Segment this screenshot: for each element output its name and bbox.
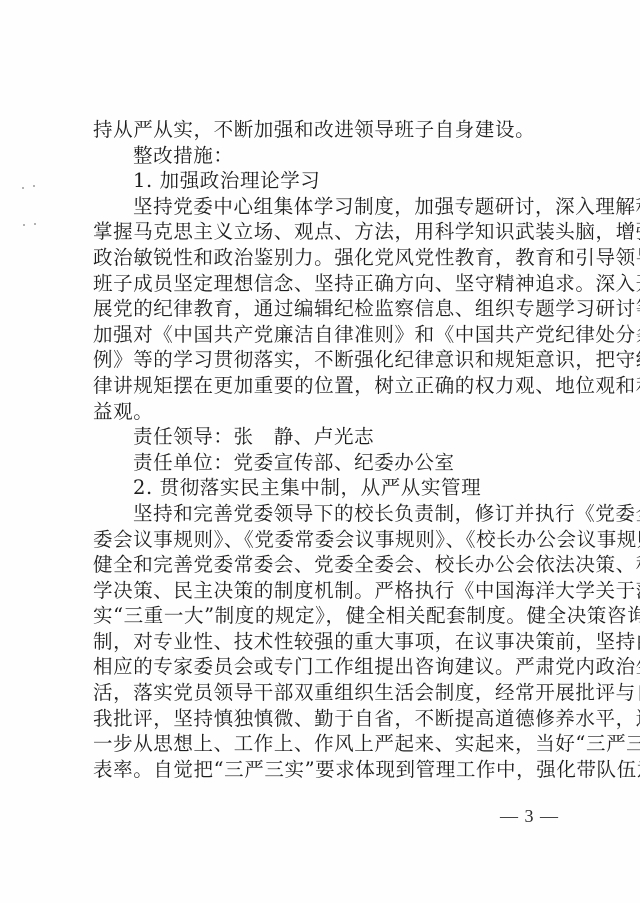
document-body: 持从严从实，不断加强和改进领导班子自身建设。整改措施：1. 加强政治理论学习坚持… <box>93 117 565 782</box>
scan-speck <box>34 223 36 225</box>
text-line: 活，落实党员领导干部双重组织生活会制度，经常开展批评与自 <box>93 680 565 706</box>
text-line: 学决策、民主决策的制度机制。严格执行《中国海洋大学关于落 <box>93 578 565 604</box>
text-line: 加强对《中国共产党廉洁自律准则》和《中国共产党纪律处分条 <box>93 322 565 348</box>
text-line: 坚持和完善党委领导下的校长负责制，修订并执行《党委全 <box>93 501 565 527</box>
scan-speck <box>33 185 35 187</box>
text-line: 坚持党委中心组集体学习制度，加强专题研讨，深入理解和 <box>93 194 565 220</box>
text-line: 实“三重一大”制度的规定》，健全相关配套制度。健全决策咨询机 <box>93 603 565 629</box>
text-line: 政治敏锐性和政治鉴别力。强化党风党性教育，教育和引导领导 <box>93 245 565 271</box>
text-line: 表率。自觉把“三严三实”要求体现到管理工作中，强化带队伍意 <box>93 757 565 783</box>
scan-speck <box>23 224 25 226</box>
page-number: — 3 — <box>500 806 559 827</box>
text-line: 2. 贯彻落实民主集中制，从严从实管理 <box>93 475 565 501</box>
text-line: 整改措施： <box>93 143 565 169</box>
text-line: 班子成员坚定理想信念、坚持正确方向、坚守精神追求。深入开 <box>93 271 565 297</box>
text-line: 委会议事规则》、《党委常委会议事规则》、《校长办公会议事规则》， <box>93 527 565 553</box>
text-line: 展党的纪律教育，通过编辑纪检监察信息、组织专题学习研讨等， <box>93 296 565 322</box>
text-line: 益观。 <box>93 399 565 425</box>
text-line: 掌握马克思主义立场、观点、方法，用科学知识武装头脑，增强 <box>93 219 565 245</box>
text-line: 1. 加强政治理论学习 <box>93 168 565 194</box>
text-line: 责任领导：张 静、卢光志 <box>93 424 565 450</box>
text-line: 例》等的学习贯彻落实，不断强化纪律意识和规矩意识，把守纪 <box>93 347 565 373</box>
text-line: 一步从思想上、工作上、作风上严起来、实起来，当好“三严三实” <box>93 731 565 757</box>
text-line: 制，对专业性、技术性较强的重大事项，在议事决策前，坚持由 <box>93 629 565 655</box>
text-line: 律讲规矩摆在更加重要的位置，树立正确的权力观、地位观和利 <box>93 373 565 399</box>
document-page: 持从严从实，不断加强和改进领导班子自身建设。整改措施：1. 加强政治理论学习坚持… <box>0 0 640 903</box>
text-line: 责任单位：党委宣传部、纪委办公室 <box>93 450 565 476</box>
text-line: 相应的专家委员会或专门工作组提出咨询建议。严肃党内政治生 <box>93 654 565 680</box>
text-line: 我批评，坚持慎独慎微、勤于自省，不断提高道德修养水平，进 <box>93 706 565 732</box>
text-line: 健全和完善党委常委会、党委全委会、校长办公会依法决策、科 <box>93 552 565 578</box>
scan-speck <box>22 187 24 189</box>
text-line: 持从严从实，不断加强和改进领导班子自身建设。 <box>93 117 565 143</box>
